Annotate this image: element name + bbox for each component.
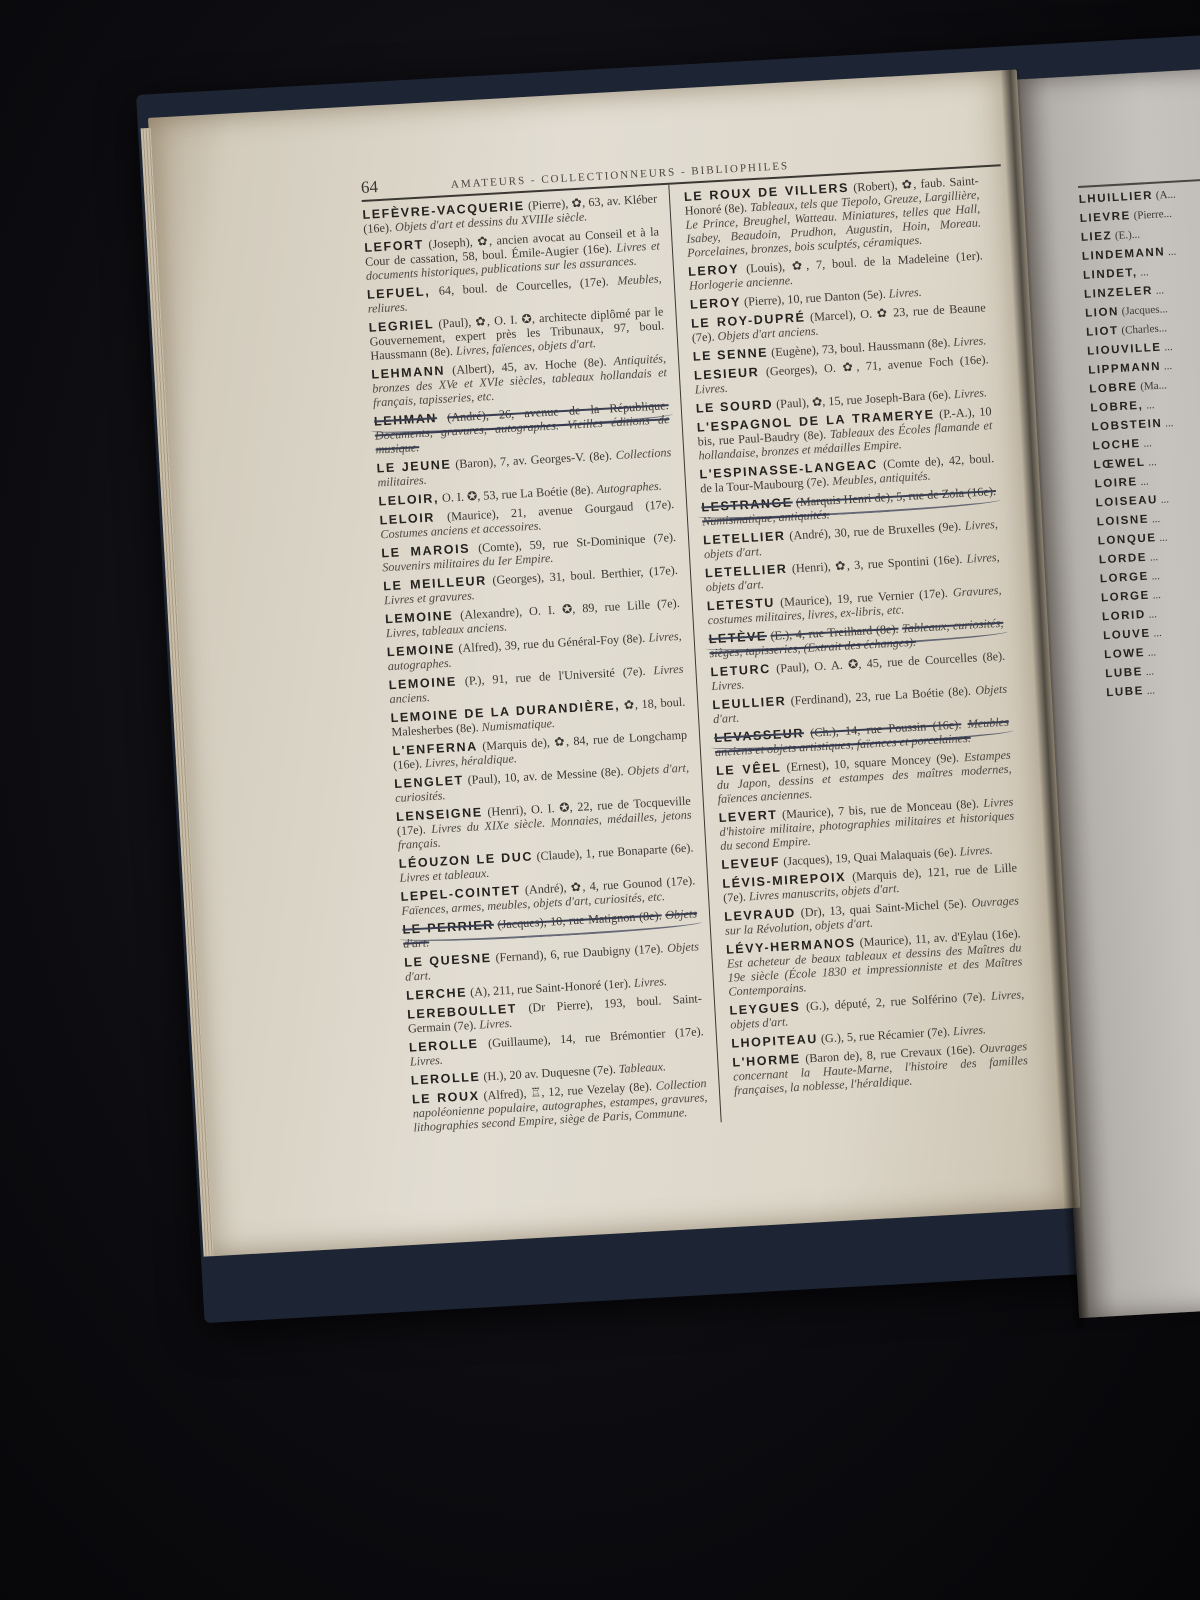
entry-name: LOISEAU [1095, 494, 1158, 509]
entry-name: LUBE [1105, 666, 1143, 680]
entry-address: ... [1140, 475, 1149, 487]
entry-address: (Fernand), 6, rue Daubigny (17e). [495, 941, 664, 964]
page-number: 64 [360, 177, 378, 198]
entry-address: (A... [1156, 188, 1176, 201]
entry-address: (Claude), 1, rue Bonaparte (6e). [536, 840, 694, 863]
entry-name: LORDE [1099, 551, 1148, 566]
entry-name: LONQUE [1098, 532, 1157, 547]
entry-address: ... [1151, 570, 1160, 582]
entry-name: LŒWEL [1093, 456, 1146, 471]
entry-address: (Jacques), 10, rue Matignon (8e). [497, 908, 662, 931]
entry-name: LEROLLE [409, 1037, 479, 1055]
directory-entry: LOBRE (Ma... [1089, 376, 1200, 396]
left-column: LEFÈVRE-VACQUERIE (Pierre), ✿, 63, av. K… [362, 185, 721, 1140]
entry-name: LION [1085, 305, 1119, 319]
entry-name: LOCHE [1092, 437, 1141, 452]
entry-name: LINZELER [1084, 284, 1154, 300]
entry-name: LE SOURD [695, 397, 773, 415]
entry-collection-description: Livres. [633, 974, 667, 990]
entry-address: ... [1152, 589, 1161, 601]
entry-name: LE SENNE [693, 346, 769, 364]
directory-entry: LÉVY-HERMANOS (Maurice), 11, av. d'Eylau… [726, 926, 1024, 998]
entry-address: (Ma... [1140, 379, 1167, 392]
entry-address: ... [1160, 493, 1169, 505]
entry-address: ... [1140, 266, 1149, 278]
directory-entry: LOBSTEIN ... [1091, 414, 1200, 434]
entry-collection-description: Livres. [694, 381, 728, 397]
directory-entry: LIOT (Charles... [1086, 319, 1200, 339]
directory-entry: LORDE ... [1099, 547, 1200, 567]
directory-entry: LŒWEL ... [1093, 452, 1200, 472]
entry-address: ... [1146, 684, 1155, 696]
entry-name: LEHMAN [374, 411, 438, 428]
directory-entry: LIPPMANN ... [1088, 357, 1200, 377]
entry-address: (Baron), 7, av. Georges-V. (8e). [455, 448, 612, 471]
entry-address: ... [1164, 340, 1173, 352]
entry-name: LIEVRE [1079, 210, 1131, 225]
entry-address: ... [1149, 551, 1158, 563]
entry-address: ... [1168, 245, 1177, 257]
entry-name: LINDET, [1083, 266, 1138, 281]
entry-collection-description: Livres. [711, 677, 745, 693]
entry-address: (Dr), 13, quai Saint-Michel (5e). [800, 896, 967, 919]
entry-collection-description: Livres. [953, 333, 987, 349]
entry-name: LERCHE [406, 985, 468, 1002]
entry-name: LOBRE, [1090, 399, 1144, 414]
directory-entry: LOCHE ... [1092, 433, 1200, 453]
entry-address: ... [1152, 512, 1161, 524]
entry-collection-description: Livres. [959, 843, 993, 859]
directory-entry: LIOUVILLE ... [1087, 338, 1200, 358]
directory-entry: LION (Jacques... [1085, 300, 1200, 320]
entry-address: ... [1148, 456, 1157, 468]
entry-name: LORGE [1100, 570, 1149, 585]
entry-address: O. I. ✪, 53, rue La Boétie (8e). [442, 482, 594, 504]
directory-entry: LINDET, ... [1083, 262, 1200, 282]
two-column-body: LEFÈVRE-VACQUERIE (Pierre), ✿, 63, av. K… [362, 166, 1053, 1139]
directory-entry: LORID ... [1102, 604, 1200, 624]
entry-name: LINDEMANN [1082, 246, 1166, 263]
entry-name: LOBSTEIN [1091, 417, 1163, 433]
entry-address: (G.), 5, rue Récamier (7e). [820, 1024, 950, 1045]
right-column: LE ROUX DE VILLERS (Robert), ✿, faub. Sa… [668, 168, 1030, 1123]
entry-address: (H.), 20 av. Duquesne (7e). [483, 1062, 616, 1083]
entry-address: ... [1163, 360, 1172, 372]
entry-address: ... [1147, 646, 1156, 658]
entry-name: LOWE [1104, 646, 1146, 660]
entry-name: LORGE [1101, 589, 1150, 604]
directory-entry: LE ROUX DE VILLERS (Robert), ✿, faub. Sa… [684, 173, 982, 259]
entry-name: LIEZ [1081, 230, 1113, 244]
entry-name: LUBE [1106, 685, 1144, 699]
entry-name: LOUVE [1103, 627, 1151, 642]
entry-name: LEULLIER [712, 694, 787, 712]
entry-collection-description: Tableaux. [618, 1059, 666, 1076]
entry-address: (Ch.), 14, rue Poussin (16e). [810, 717, 962, 739]
entry-name: LOIRE [1094, 476, 1138, 490]
entry-address: (André), 30, rue de Bruxelles (9e). [789, 519, 961, 543]
entry-name: LOBRE [1089, 380, 1138, 395]
entry-name: LHUILLIER [1078, 189, 1153, 205]
entry-address: (Jacques... [1121, 303, 1168, 318]
entry-address: 64, boul. de Courcelles, (17e). [438, 274, 609, 297]
directory-entry: LHUILLIER (A... [1078, 186, 1200, 206]
entry-name: LIPPMANN [1088, 360, 1161, 376]
entry-name: LEVEUF [721, 855, 781, 872]
entry-address: (E.)... [1115, 228, 1141, 241]
directory-entry: LOISEAU ... [1095, 490, 1200, 510]
entry-collection-description: Livres. [954, 385, 988, 401]
directory-entry: LINZELER ... [1084, 281, 1200, 301]
entry-address: (Henri), ✿, 3, rue Spontini (16e). [791, 552, 962, 575]
page-64-text-block: 64 AMATEURS - COLLECTIONNEURS - BIBLIOPH… [360, 134, 1053, 1139]
entry-name: LEROY [690, 295, 742, 312]
entry-name: LESTRANGE [701, 495, 793, 514]
directory-entry: LOBRE, ... [1090, 395, 1200, 415]
entry-address: (P.), 91, rue de l'Université (7e). [464, 664, 645, 688]
entry-name: LIOUVILLE [1087, 341, 1162, 357]
directory-entry: LOUVE ... [1103, 623, 1200, 643]
entry-collection-description: Autographes. [596, 479, 662, 497]
entry-address: ... [1143, 437, 1152, 449]
directory-entry: LOWE ... [1104, 642, 1200, 662]
entry-address: ... [1153, 627, 1162, 639]
entry-name: LORID [1102, 608, 1146, 622]
entry-name: LELOIR, [378, 491, 439, 508]
entry-name: LE PERRIER [402, 918, 494, 937]
entry-name: LETÈVE [708, 629, 767, 646]
entry-address: ... [1159, 531, 1168, 543]
entry-address: ... [1155, 284, 1164, 296]
entry-address: (E.), 4, rue Treilhard (8e). [770, 622, 899, 643]
entry-address: ... [1145, 665, 1154, 677]
entry-name: LOISNE [1096, 513, 1149, 528]
entry-collection-description: Numismatique. [481, 716, 555, 734]
entry-collection-description: Livres. [953, 1022, 987, 1038]
entry-address: (Paul), 10, av. de Messine (8e). [467, 764, 624, 787]
entry-collection-description: Livres. [479, 1016, 513, 1032]
directory-entry: LIEZ (E.)... [1081, 224, 1200, 244]
entry-address: ... [1165, 417, 1174, 429]
directory-entry: LUBE ... [1106, 679, 1200, 699]
entry-address: ... [1148, 608, 1157, 620]
entry-name: LE QUESNE [404, 951, 492, 970]
directory-entry: LORGE ... [1100, 566, 1200, 586]
entry-collection-description: Livres. [409, 1053, 443, 1069]
directory-entry: LONQUE ... [1098, 528, 1200, 548]
entry-name: LHOPITEAU [731, 1032, 818, 1051]
entry-collection-description: Livres. [888, 285, 922, 301]
entry-address: ... [1146, 399, 1155, 411]
entry-address: (Ferdinand), 23, rue La Boétie (8e). [790, 684, 971, 708]
entry-address: (G.), député, 2, rue Solférino (7e). [806, 989, 986, 1013]
entry-name: LEVASSEUR [714, 726, 805, 745]
directory-entry: LOIRE ... [1094, 471, 1200, 491]
entry-address: (Pierre), 10, rue Danton (5e). [744, 287, 886, 309]
entry-name: LIOT [1086, 324, 1119, 338]
directory-entry: LIEVRE (Pierre... [1079, 205, 1200, 225]
entry-name: LEROLLE [411, 1070, 481, 1088]
directory-entry: LORGE ... [1101, 585, 1200, 605]
directory-entry: LUBE ... [1105, 660, 1200, 680]
directory-entry: LINDEMANN ... [1082, 243, 1200, 263]
entry-address: (Charles... [1121, 322, 1167, 337]
directory-entry: LOISNE ... [1096, 509, 1200, 529]
entry-address: (Pierre... [1133, 207, 1172, 221]
